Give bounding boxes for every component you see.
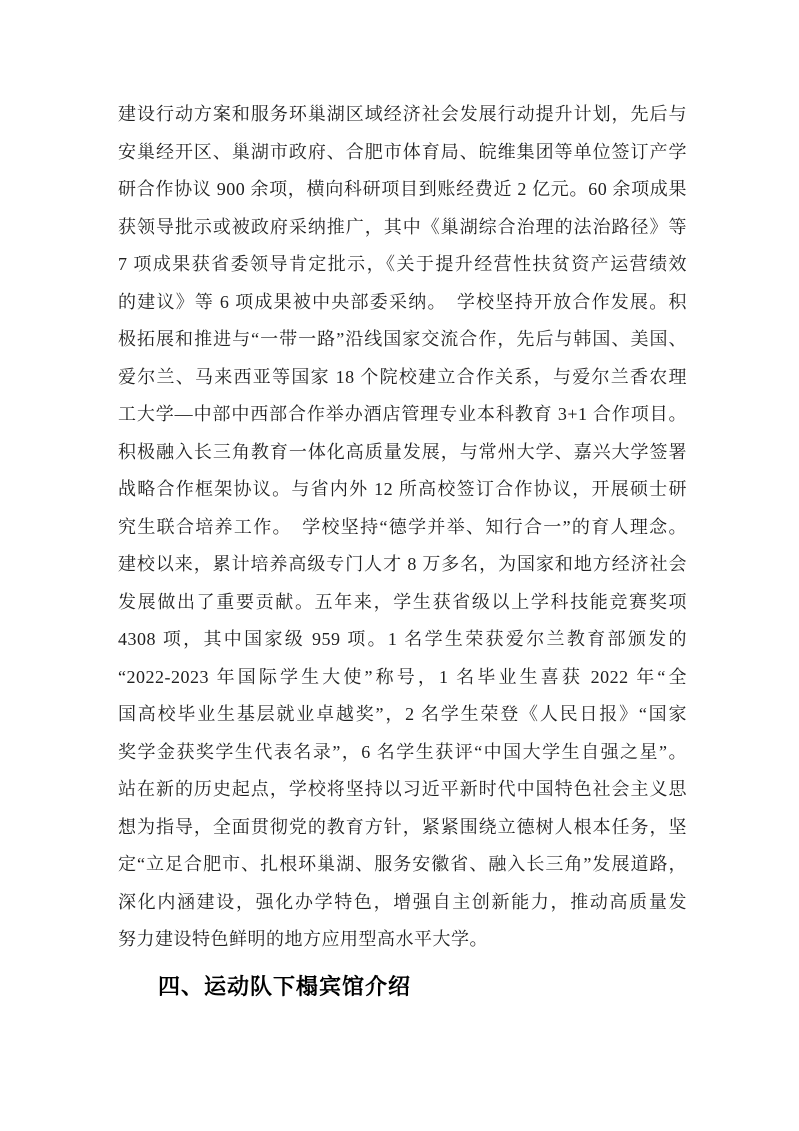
section-heading: 四、运动队下榻宾馆介绍: [158, 968, 687, 1005]
paragraph-line: 建校以来，累计培养高级专门人才 8 万多名，为国家和地方经济社会: [118, 546, 687, 584]
paragraph-line: 努力建设特色鲜明的地方应用型高水平大学。: [118, 921, 687, 959]
paragraph-line: 国高校毕业生基层就业卓越奖”，2 名学生荣登《人民日报》“国家: [118, 696, 687, 734]
paragraph-line: 想为指导，全面贯彻党的教育方针，紧紧围绕立德树人根本任务，坚: [118, 809, 687, 847]
paragraph-line: 积极融入长三角教育一体化高质量发展，与常州大学、嘉兴大学签署: [118, 434, 687, 472]
paragraph-line: 获领导批示或被政府采纳推广，其中《巢湖综合治理的法治路径》等: [118, 209, 687, 247]
paragraph-line: 4308 项，其中国家级 959 项。1 名学生荣获爱尔兰教育部颁发的: [118, 621, 687, 659]
paragraph-line: 极拓展和推进与“一带一路”沿线国家交流合作，先后与韩国、美国、: [118, 321, 687, 359]
paragraph-line: 究生联合培养工作。 学校坚持“德学并举、知行合一”的育人理念。: [118, 509, 687, 547]
document-page: 建设行动方案和服务环巢湖区域经济社会发展行动提升计划，先后与 安巢经开区、巢湖市…: [0, 0, 799, 1131]
paragraph-line: 深化内涵建设，强化办学特色，增强自主创新能力，推动高质量发展，: [118, 884, 687, 922]
paragraph-line: “2022-2023 年国际学生大使”称号，1 名毕业生喜获 2022 年“全: [118, 659, 687, 697]
body-text: 建设行动方案和服务环巢湖区域经济社会发展行动提升计划，先后与 安巢经开区、巢湖市…: [118, 96, 687, 1005]
paragraph-line: 定“立足合肥市、扎根环巢湖、服务安徽省、融入长三角”发展道路，: [118, 846, 687, 884]
paragraph-line: 战略合作框架协议。与省内外 12 所高校签订合作协议，开展硕士研: [118, 471, 687, 509]
paragraph-line: 研合作协议 900 余项，横向科研项目到账经费近 2 亿元。60 余项成果: [118, 171, 687, 209]
paragraph-line: 奖学金获奖学生代表名录”，6 名学生获评“中国大学生自强之星”。: [118, 734, 687, 772]
paragraph-line: 的建议》等 6 项成果被中央部委采纳。 学校坚持开放合作发展。积: [118, 284, 687, 322]
paragraph-line: 站在新的历史起点，学校将坚持以习近平新时代中国特色社会主义思: [118, 771, 687, 809]
paragraph-line: 发展做出了重要贡献。五年来，学生获省级以上学科技能竞赛奖项: [118, 584, 687, 622]
paragraph-line: 安巢经开区、巢湖市政府、合肥市体育局、皖维集团等单位签订产学: [118, 134, 687, 172]
paragraph-line: 建设行动方案和服务环巢湖区域经济社会发展行动提升计划，先后与: [118, 96, 687, 134]
paragraph-line: 爱尔兰、马来西亚等国家 18 个院校建立合作关系，与爱尔兰香农理: [118, 359, 687, 397]
paragraph-line: 7 项成果获省委领导肯定批示，《关于提升经营性扶贫资产运营绩效: [118, 246, 687, 284]
paragraph-line: 工大学—中部中西部合作举办酒店管理专业本科教育 3+1 合作项目。: [118, 396, 687, 434]
